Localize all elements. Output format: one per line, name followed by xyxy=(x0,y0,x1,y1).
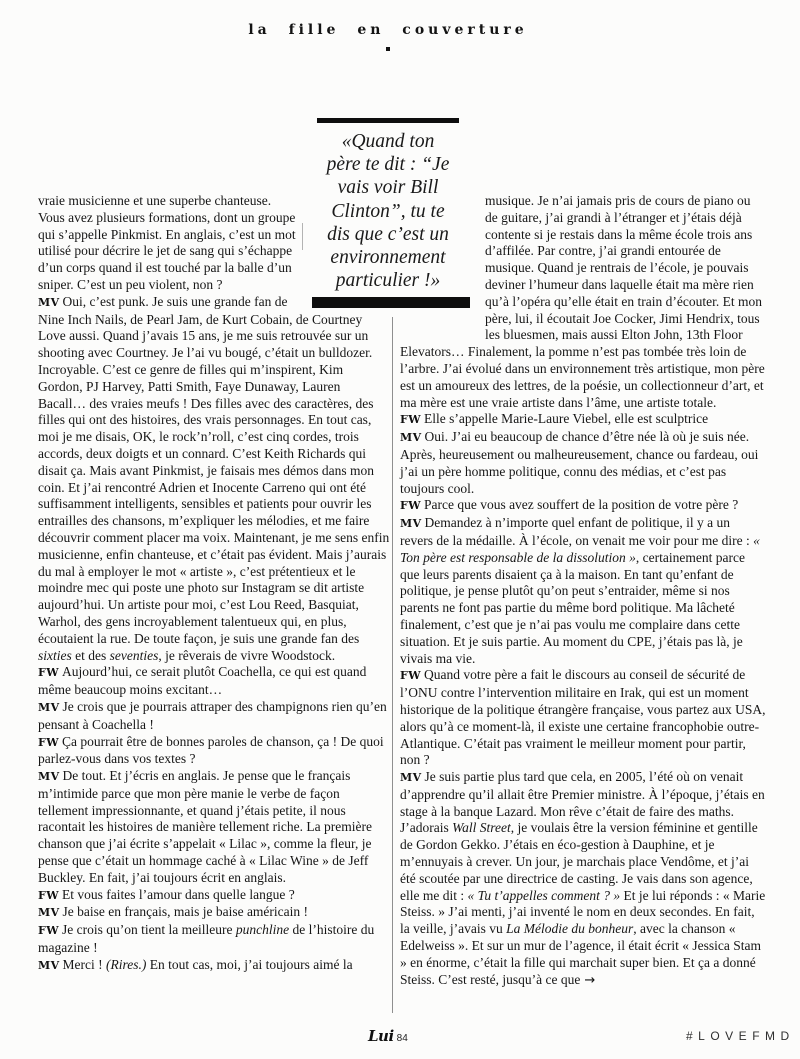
paragraph: MVDe tout. Et j’écris en anglais. Je pen… xyxy=(38,768,390,887)
magazine-name: Lui xyxy=(368,1027,394,1045)
speaker-tag: FW xyxy=(400,499,421,512)
speaker-tag: FW xyxy=(400,413,421,426)
section-dot-icon xyxy=(386,47,390,51)
paragraph: MVJe baise en français, mais je baise am… xyxy=(38,904,390,922)
speaker-tag: MV xyxy=(400,431,422,444)
speaker-tag: MV xyxy=(38,296,60,309)
page-number: 84 xyxy=(397,1033,408,1044)
speaker-tag: FW xyxy=(400,669,421,682)
pull-quote-spacer-right xyxy=(400,193,485,328)
page-header: la fille en couverture xyxy=(0,22,776,51)
column-left: vraie musicienne et une superbe chanteus… xyxy=(38,193,390,975)
paragraph: MVJe suis partie plus tard que cela, en … xyxy=(400,769,766,989)
paragraph: MVJe crois que je pourrais attraper des … xyxy=(38,699,390,734)
speaker-tag: MV xyxy=(38,701,60,714)
speaker-tag: MV xyxy=(38,770,60,783)
speaker-tag: MV xyxy=(400,517,422,530)
paragraph: MVOui, c’est punk. Je suis une grande fa… xyxy=(38,294,390,665)
paragraph: FWJe crois qu’on tient la meilleure punc… xyxy=(38,922,390,957)
paragraph: FWElle s’appelle Marie-Laure Viebel, ell… xyxy=(400,411,766,429)
speaker-tag: MV xyxy=(400,771,422,784)
column-divider-fragment xyxy=(302,223,303,250)
speaker-tag: FW xyxy=(38,736,59,749)
pull-quote-spacer-left xyxy=(298,193,390,311)
paragraph: MVMerci ! (Rires.) En tout cas, moi, j’a… xyxy=(38,957,390,975)
magazine-logo: Lui84 xyxy=(368,1027,408,1046)
hashtag-lovefmd: #LOVEFMD xyxy=(686,1029,795,1043)
speaker-tag: MV xyxy=(38,959,60,972)
paragraph: FWÇa pourrait être de bonnes paroles de … xyxy=(38,734,390,769)
speaker-tag: FW xyxy=(38,924,59,937)
paragraph: FWQuand votre père a fait le discours au… xyxy=(400,667,766,769)
paragraph: FWAujourd’hui, ce serait plutôt Coachell… xyxy=(38,664,390,699)
magazine-page: la fille en couverture «Quand tonpère te… xyxy=(0,0,800,1059)
section-title: la fille en couverture xyxy=(0,22,776,38)
paragraph: FWParce que vous avez souffert de la pos… xyxy=(400,497,766,515)
speaker-tag: MV xyxy=(38,906,60,919)
speaker-tag: FW xyxy=(38,666,59,679)
paragraph: MVOui. J’ai eu beaucoup de chance d’être… xyxy=(400,429,766,497)
continuation-arrow-icon: → xyxy=(584,973,595,988)
pull-quote-line: «Quand ton xyxy=(313,130,463,153)
speaker-tag: FW xyxy=(38,889,59,902)
column-divider xyxy=(392,317,393,1013)
pull-quote-line: père te dit : “Je xyxy=(313,153,463,176)
paragraph: MVDemandez à n’importe quel enfant de po… xyxy=(400,515,766,667)
paragraph: FWEt vous faites l’amour dans quelle lan… xyxy=(38,887,390,905)
column-right: musique. Je n’ai jamais pris de cours de… xyxy=(400,193,766,989)
